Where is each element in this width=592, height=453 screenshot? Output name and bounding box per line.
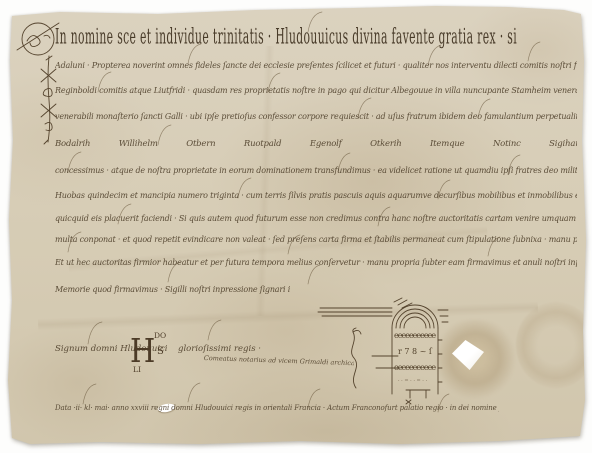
charter-body-line: concessimus · atque de noſtra proprietat…: [55, 166, 577, 175]
page-background: In nomine sce et individue trinitatis · …: [0, 0, 592, 453]
ruche-loops-row: eeeeeeeeeee: [394, 363, 436, 372]
charter-body-line: multa conponat · et quod repetit evindic…: [55, 235, 577, 244]
charter-body-line: venerabili monaſterio ſancti Galli · ubi…: [55, 112, 577, 121]
monogram-top-letters: DO: [154, 331, 166, 340]
ascender-flourishes-icon: [8, 6, 586, 444]
charter-body-line: Reginboldi comitis atque Liutfridi · qua…: [55, 86, 577, 95]
charter-body-line: Adaluni · Propterea noverint omnes fidel…: [55, 61, 577, 70]
royal-monogram: H DO S LI: [128, 332, 174, 378]
witness-list-line: Bodalrih Willihelm Otbern Ruotpald Egeno…: [55, 139, 577, 149]
ruche-dots-row: · · = · · = · ·: [398, 378, 427, 384]
datum-line: Data ·ii· kl· mai· anno xxviii regni dom…: [55, 404, 499, 412]
corroboration-line: Memorie quod firmavimus · Sigilli noſtri…: [55, 285, 290, 294]
signum-title: glorioſissimi regis ·: [178, 344, 261, 354]
parchment-sheet: In nomine sce et individue trinitatis · …: [8, 6, 586, 444]
recognition-sign: eeeeeeeeeee r 7 8 ~ ſ eeeeeeeeeee · · = …: [310, 296, 448, 404]
ruche-notes-row: r 7 8 ~ ſ: [398, 347, 433, 356]
charter-body-line: Et ut hec auctoritas firmior habeatur et…: [55, 258, 577, 267]
charter-body-line: quicquid eis placuerit faciendi · Si qui…: [55, 214, 577, 223]
ruche-loops-row: eeeeeeeeeee: [394, 331, 436, 340]
monogram-right-letter: S: [157, 346, 164, 357]
charter-body-line: Huobas quindecim et mancipia numero trig…: [55, 191, 577, 200]
monogram-bottom-letters: LI: [133, 365, 141, 374]
parchment-wrapper: In nomine sce et individue trinitatis · …: [8, 6, 586, 444]
invocation-line: In nomine sce et individue trinitatis · …: [55, 24, 519, 49]
